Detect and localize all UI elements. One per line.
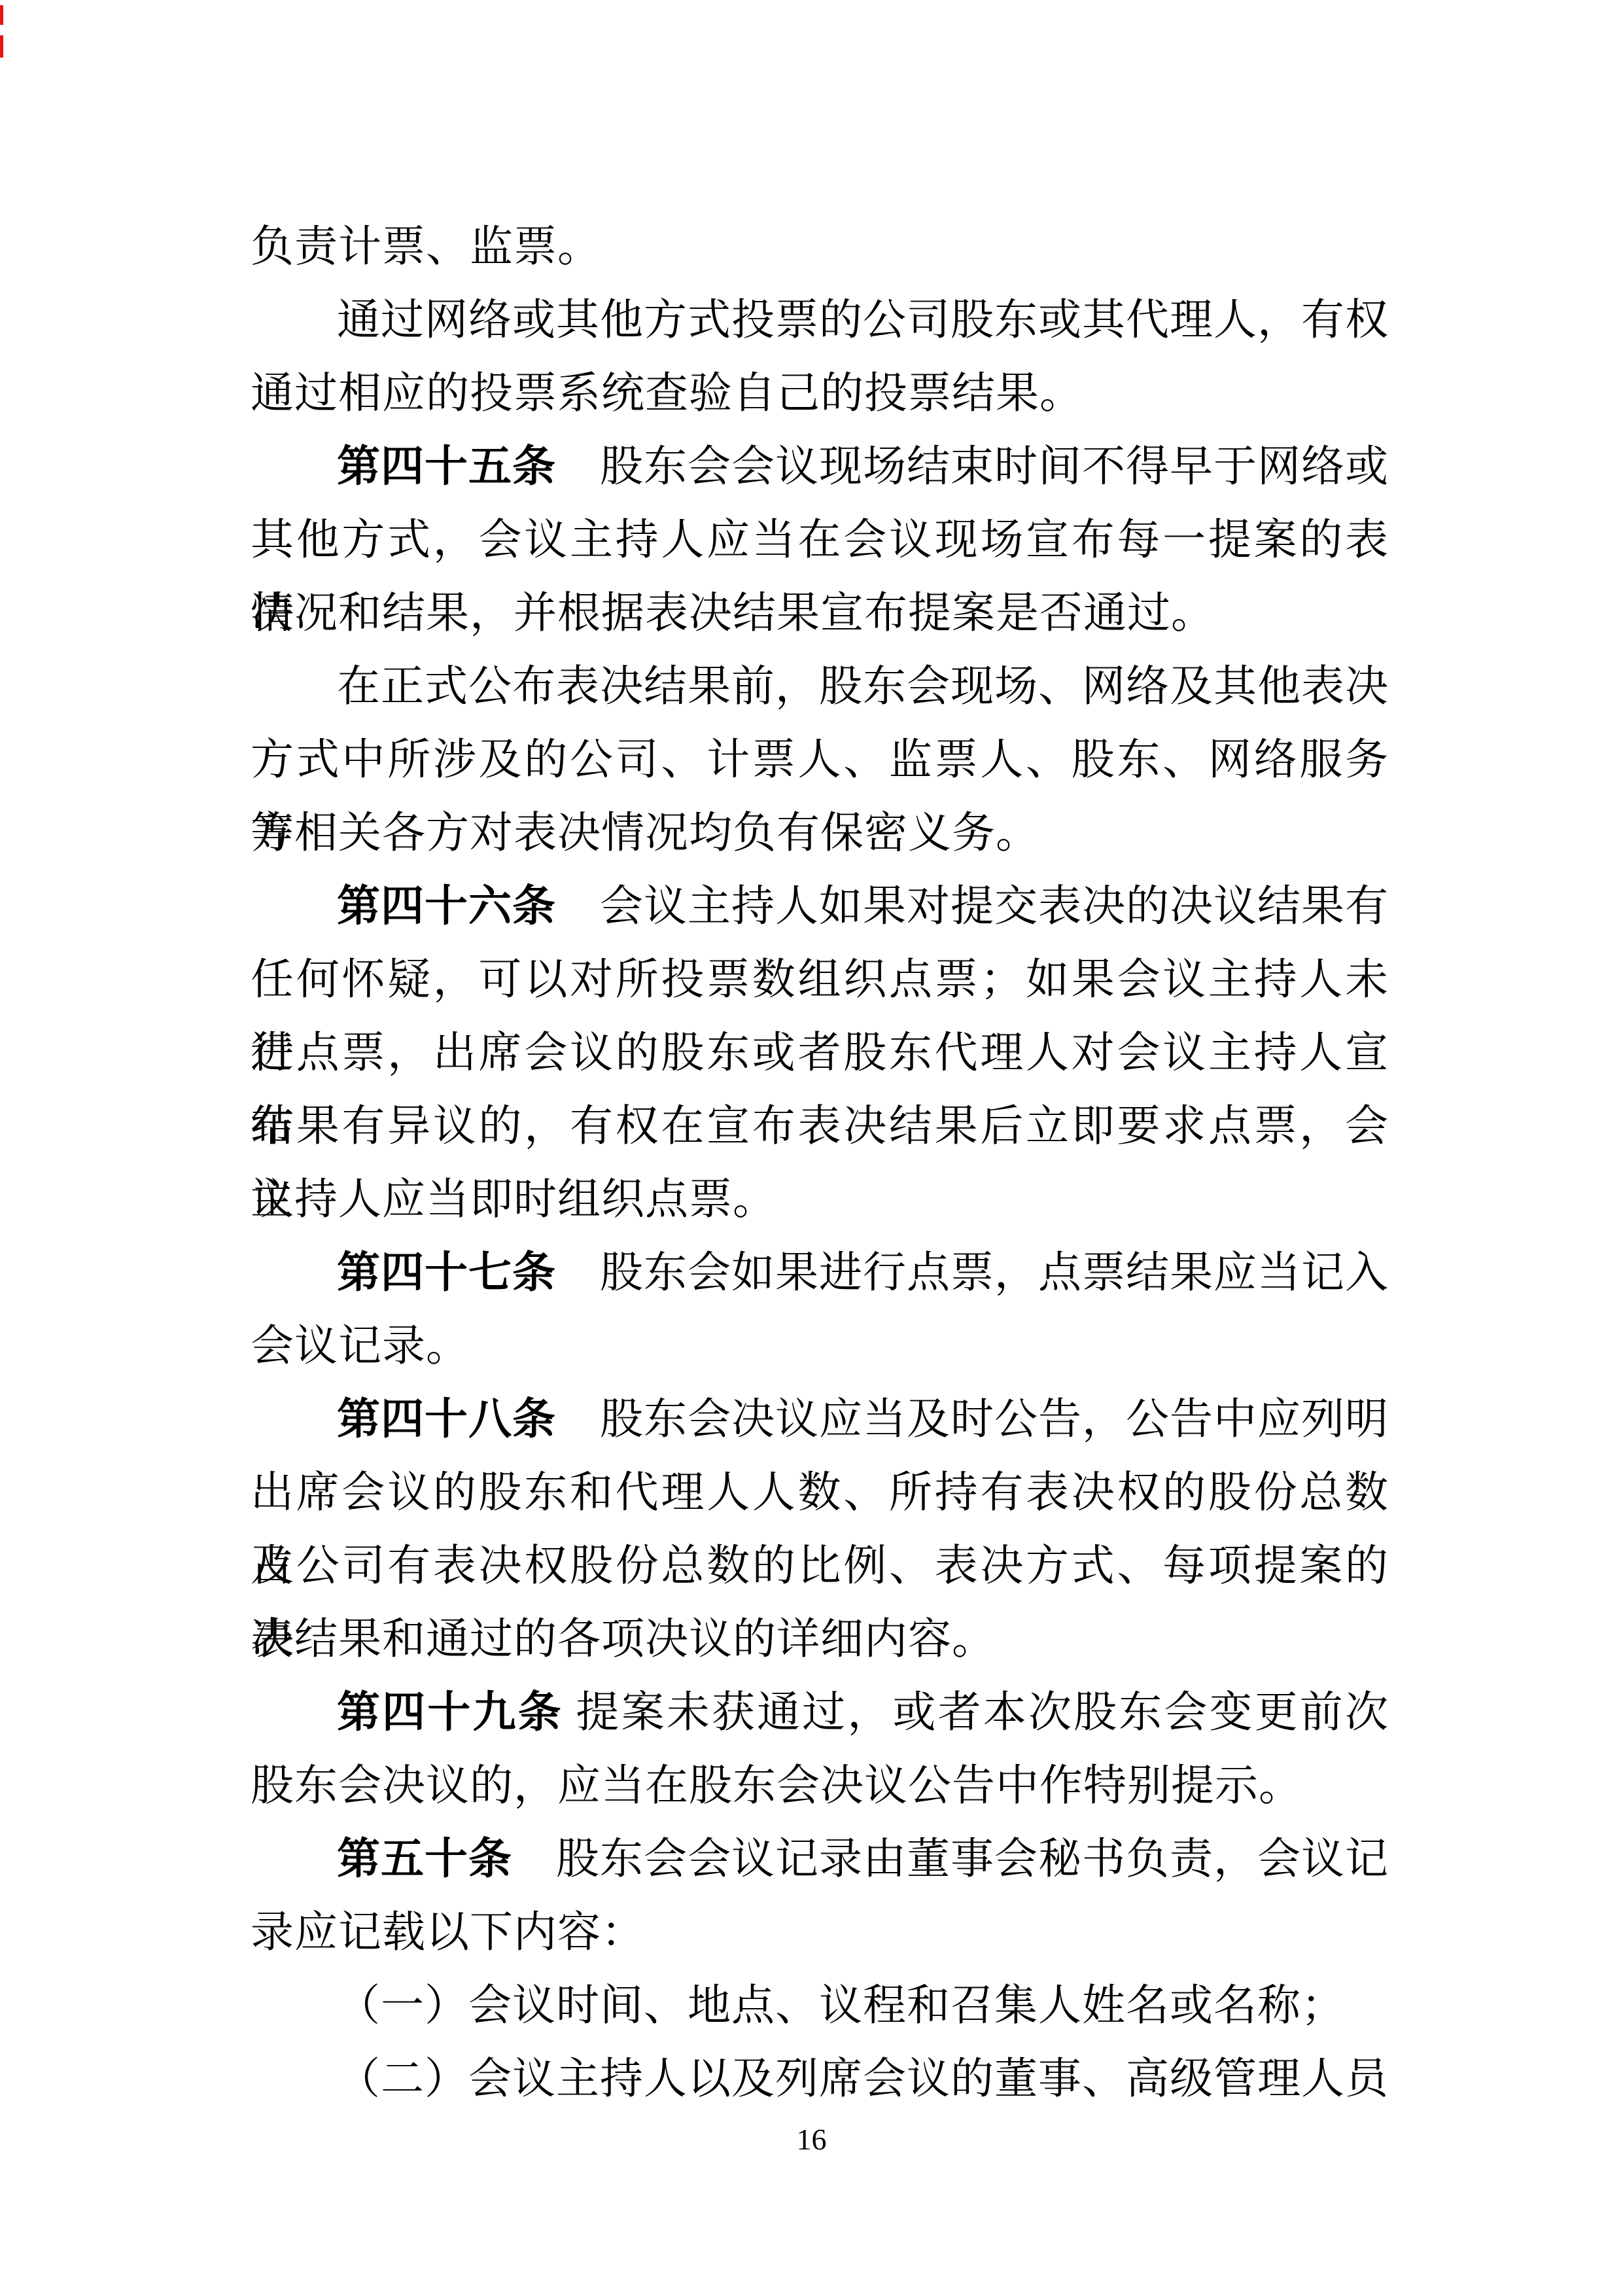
line-text: （一）会议时间、地点、议程和召集人姓名或名称； (337, 1982, 1345, 2030)
line-text: 股东会会议记录由董事会秘书负责，会议记 (512, 1835, 1389, 1883)
text-line: 第五十条 股东会会议记录由董事会秘书负责，会议记 (251, 1823, 1389, 1896)
scan-artifact-mark (0, 35, 3, 58)
text-line: 在正式公布表决结果前，股东会现场、网络及其他表决 (251, 650, 1389, 724)
text-line: 出席会议的股东和代理人人数、所持有表决权的股份总数及 (251, 1457, 1389, 1530)
line-text: 会议记录。 (251, 1322, 470, 1370)
text-line: （二）会议主持人以及列席会议的董事、高级管理人员 (251, 2043, 1389, 2116)
line-text: 等相关各方对表决情况均负有保密义务。 (251, 809, 1039, 857)
text-line: 第四十九条 提案未获通过，或者本次股东会变更前次 (251, 1676, 1389, 1750)
text-line: 其他方式，会议主持人应当在会议现场宣布每一提案的表决 (251, 504, 1389, 577)
line-text: 通过网络或其他方式投票的公司股东或其代理人，有权 (337, 296, 1389, 344)
line-text: 股东会会议现场结束时间不得早于网络或 (556, 443, 1389, 491)
text-line: 等相关各方对表决情况均负有保密义务。 (251, 797, 1389, 870)
line-text: 情况和结果，并根据表决结果宣布提案是否通过。 (251, 590, 1215, 637)
line-text: 股东会决议应当及时公告，公告中应列明 (556, 1396, 1389, 1443)
text-line: 第四十八条 股东会决议应当及时公告，公告中应列明 (251, 1383, 1389, 1457)
line-text: 录应记载以下内容： (251, 1909, 645, 1956)
line-text: 主持人应当即时组织点票。 (251, 1176, 777, 1224)
text-line: 股东会决议的，应当在股东会决议公告中作特别提示。 (251, 1750, 1389, 1823)
article-number: 第四十八条 (337, 1396, 556, 1443)
text-line: 第四十六条 会议主持人如果对提交表决的决议结果有 (251, 870, 1389, 944)
article-number: 第四十五条 (337, 443, 556, 491)
article-number: 第四十六条 (337, 883, 556, 930)
line-text: 提案未获通过，或者本次股东会变更前次 (563, 1689, 1389, 1737)
text-line: 第四十七条 股东会如果进行点票，点票结果应当记入 (251, 1237, 1389, 1310)
scan-artifact-mark (0, 5, 3, 25)
line-text: （二）会议主持人以及列席会议的董事、高级管理人员 (337, 2055, 1389, 2103)
line-text: 通过相应的投票系统查验自己的投票结果。 (251, 370, 1083, 417)
text-line: 第四十五条 股东会会议现场结束时间不得早于网络或 (251, 431, 1389, 504)
text-line: 任何怀疑，可以对所投票数组织点票；如果会议主持人未进 (251, 944, 1389, 1017)
line-text: 负责计票、监票。 (251, 223, 601, 271)
text-line: 通过相应的投票系统查验自己的投票结果。 (251, 357, 1389, 431)
text-line: （一）会议时间、地点、议程和召集人姓名或名称； (251, 1969, 1389, 2043)
text-line: 情况和结果，并根据表决结果宣布提案是否通过。 (251, 577, 1389, 650)
text-line: 结果有异议的，有权在宣布表决结果后立即要求点票，会议 (251, 1090, 1389, 1163)
line-text: 决结果和通过的各项决议的详细内容。 (251, 1616, 996, 1663)
line-text: 在正式公布表决结果前，股东会现场、网络及其他表决 (337, 663, 1389, 711)
line-text: 股东会如果进行点票，点票结果应当记入 (556, 1249, 1389, 1297)
text-line: 占公司有表决权股份总数的比例、表决方式、每项提案的表 (251, 1530, 1389, 1603)
text-line: 主持人应当即时组织点票。 (251, 1163, 1389, 1237)
article-number: 第四十七条 (337, 1249, 556, 1297)
document-body: 负责计票、监票。通过网络或其他方式投票的公司股东或其代理人，有权通过相应的投票系… (251, 211, 1389, 2116)
text-line: 方式中所涉及的公司、计票人、监票人、股东、网络服务方 (251, 724, 1389, 797)
text-line: 通过网络或其他方式投票的公司股东或其代理人，有权 (251, 284, 1389, 357)
text-line: 决结果和通过的各项决议的详细内容。 (251, 1603, 1389, 1676)
text-line: 负责计票、监票。 (251, 211, 1389, 284)
document-page: 负责计票、监票。通过网络或其他方式投票的公司股东或其代理人，有权通过相应的投票系… (0, 0, 1623, 2296)
text-line: 会议记录。 (251, 1310, 1389, 1383)
text-line: 录应记载以下内容： (251, 1896, 1389, 1969)
text-line: 行点票，出席会议的股东或者股东代理人对会议主持人宣布 (251, 1017, 1389, 1090)
line-text: 会议主持人如果对提交表决的决议结果有 (556, 883, 1389, 930)
line-text: 股东会决议的，应当在股东会决议公告中作特别提示。 (251, 1762, 1302, 1810)
page-number: 16 (0, 2120, 1623, 2159)
article-number: 第四十九条 (337, 1689, 563, 1737)
article-number: 第五十条 (337, 1835, 512, 1883)
